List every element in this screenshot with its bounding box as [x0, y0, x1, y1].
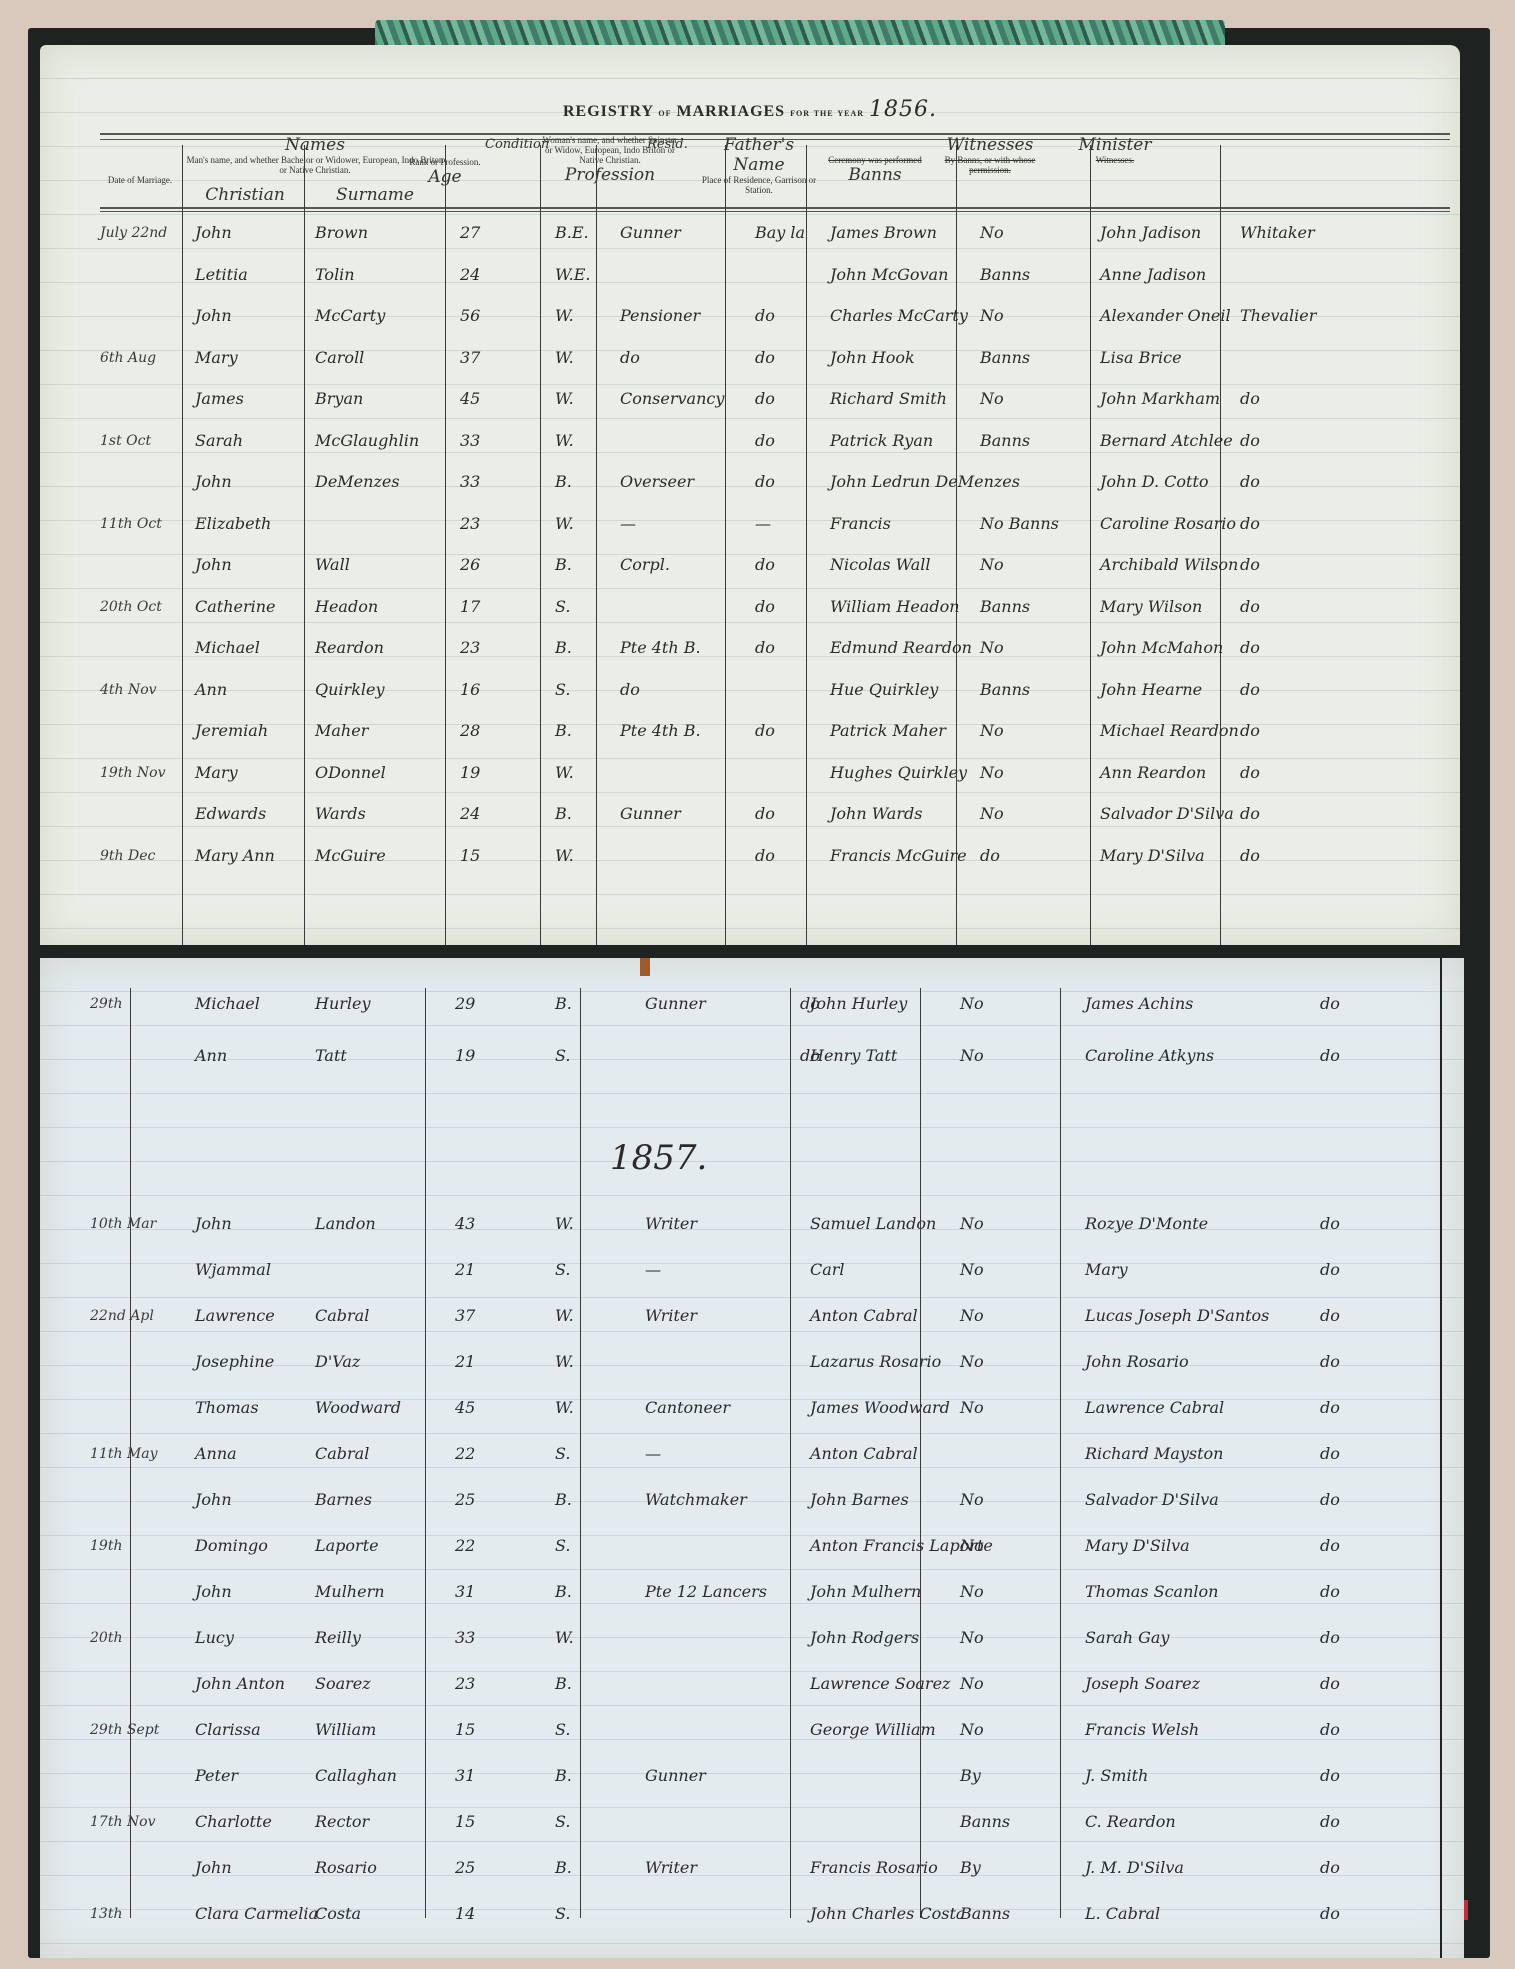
entry-witness: Thomas Scanlon	[1085, 1576, 1218, 1608]
entry-surname: Reardon	[315, 632, 384, 664]
entry-age: 33	[460, 425, 480, 457]
entry-witness: Mary Wilson	[1100, 591, 1202, 623]
entry-christian: John	[195, 1484, 232, 1516]
entry-banns: No	[960, 1530, 984, 1562]
entry-profession: —	[620, 508, 636, 540]
entry-minister: do	[1320, 1760, 1340, 1792]
entry-condition: W.E.	[555, 259, 591, 291]
entry-banns: No	[960, 1392, 984, 1424]
entry-minister: do	[1240, 591, 1260, 623]
entry-surname: McCarty	[315, 300, 385, 332]
entry-condition: S.	[555, 1806, 570, 1838]
entry-condition: B.	[555, 1852, 572, 1884]
entry-surname: Landon	[315, 1208, 376, 1240]
year-marker-1857: 1857.	[610, 1138, 707, 1178]
entry-residence: do	[755, 840, 775, 872]
entry-surname: William	[315, 1714, 376, 1746]
entry-minister: do	[1240, 508, 1260, 540]
entry-christian: Charlotte	[195, 1806, 272, 1838]
entry-date: 29th Sept	[90, 1714, 159, 1746]
entry-condition: W.	[555, 508, 574, 540]
entry-minister: Thevalier	[1240, 300, 1316, 332]
entry-profession: Cantoneer	[645, 1392, 730, 1424]
entry-christian: Ann	[195, 674, 227, 706]
entry-profession: —	[645, 1254, 661, 1286]
entry-christian: John	[195, 466, 232, 498]
col-minister: Minister Witnesses.	[1050, 135, 1180, 205]
entry-witness: Archibald Wilson	[1100, 549, 1238, 581]
entry-age: 16	[460, 674, 480, 706]
entry-condition: W.	[555, 1392, 574, 1424]
register-entry-row: JamesBryan45W.ConservancydoRichard Smith…	[100, 383, 1450, 415]
register-entry-row: 22nd AplLawrenceCabral37W.WriterAnton Ca…	[100, 1300, 1454, 1332]
entry-christian: Ann	[195, 1040, 227, 1072]
entry-minister: do	[1320, 1208, 1340, 1240]
entry-banns: do	[980, 840, 1000, 872]
entry-surname: D'Vaz	[315, 1346, 360, 1378]
entry-witness: Salvador D'Silva	[1085, 1484, 1219, 1516]
entry-profession: Corpl.	[620, 549, 670, 581]
entry-father: Patrick Maher	[830, 715, 946, 747]
entry-banns: No	[960, 1622, 984, 1654]
entry-witness: Lawrence Cabral	[1085, 1392, 1224, 1424]
entry-profession: Watchmaker	[645, 1484, 747, 1516]
entry-surname: McGlaughlin	[315, 425, 419, 457]
entry-condition: B.	[555, 549, 572, 581]
entry-father: John McGovan	[830, 259, 948, 291]
register-entry-row: EdwardsWards24B.GunnerdoJohn WardsNoSalv…	[100, 798, 1450, 830]
entry-age: 31	[455, 1760, 475, 1792]
entry-father: Hue Quirkley	[830, 674, 938, 706]
entry-condition: B.	[555, 466, 572, 498]
entry-condition: B.	[555, 1668, 572, 1700]
page-title: REGISTRY of MARRIAGES for the year 1856.	[40, 97, 1460, 122]
entry-witness: Michael Reardon	[1100, 715, 1239, 747]
entry-minister: do	[1320, 1668, 1340, 1700]
entry-father: John Hurley	[810, 988, 907, 1020]
entry-date: July 22nd	[100, 217, 167, 249]
register-entry-row: 13thClara CarmeliaCosta14S.John Charles …	[100, 1898, 1454, 1930]
entry-minister: do	[1320, 1346, 1340, 1378]
entry-age: 24	[460, 798, 480, 830]
entry-father: William Headon	[830, 591, 960, 623]
entry-surname: Wall	[315, 549, 350, 581]
entry-profession: Pte 12 Lancers	[645, 1576, 767, 1608]
entry-witness: L. Cabral	[1085, 1898, 1160, 1930]
entry-witness: Lucas Joseph D'Santos	[1085, 1300, 1269, 1332]
entry-witness: Salvador D'Silva	[1100, 798, 1234, 830]
entry-residence: do	[755, 591, 775, 623]
entry-witness: John Markham	[1100, 383, 1220, 415]
entry-witness: Francis Welsh	[1085, 1714, 1199, 1746]
register-entry-row: 20th OctCatherineHeadon17S.doWilliam Hea…	[100, 591, 1450, 623]
entry-witness: John D. Cotto	[1100, 466, 1209, 498]
entry-christian: James	[195, 383, 244, 415]
entry-minister: do	[1320, 1806, 1340, 1838]
column-header-row: Date of Marriage. Names Man's name, and …	[100, 135, 1450, 205]
entry-residence: do	[755, 632, 775, 664]
entry-christian: Mary Ann	[195, 840, 275, 872]
entry-christian: Letitia	[195, 259, 248, 291]
entry-age: 43	[455, 1208, 475, 1240]
entry-profession: Writer	[645, 1208, 697, 1240]
entry-surname: Hurley	[315, 988, 371, 1020]
entry-age: 19	[455, 1040, 475, 1072]
entry-profession: do	[620, 342, 640, 374]
entry-surname: Soarez	[315, 1668, 371, 1700]
entry-christian: Josephine	[195, 1346, 274, 1378]
entry-condition: W.	[555, 757, 574, 789]
entry-surname: Bryan	[315, 383, 363, 415]
entry-witness: John Rosario	[1085, 1346, 1189, 1378]
register-entry-row: JohnDeMenzes33B.OverseerdoJohn Ledrun De…	[100, 466, 1450, 498]
entry-condition: W.	[555, 1300, 574, 1332]
entry-christian: Mary	[195, 757, 238, 789]
register-entry-row: 29th SeptClarissaWilliam15S.George Willi…	[100, 1714, 1454, 1746]
entry-banns: No	[960, 1576, 984, 1608]
col-ceremony: Ceremony was performed Banns	[820, 155, 930, 225]
entry-age: 27	[460, 217, 480, 249]
register-entry-row: JohnMulhern31B.Pte 12 LancersJohn Mulher…	[100, 1576, 1454, 1608]
col-residence: Resid.	[640, 135, 695, 205]
entry-witness: Joseph Soarez	[1085, 1668, 1200, 1700]
entry-christian: Catherine	[195, 591, 276, 623]
entry-banns: Banns	[980, 342, 1030, 374]
entry-surname: Maher	[315, 715, 368, 747]
entry-banns: Banns	[960, 1806, 1010, 1838]
register-entry-row: 17th NovCharlotteRector15S.BannsC. Reard…	[100, 1806, 1454, 1838]
entry-condition: B.	[555, 1576, 572, 1608]
entry-condition: B.E.	[555, 217, 589, 249]
entry-profession: Gunner	[620, 798, 681, 830]
register-entry-row: 20thLucyReilly33W.John RodgersNoSarah Ga…	[100, 1622, 1454, 1654]
entry-date: 22nd Apl	[90, 1300, 154, 1332]
entry-condition: S.	[555, 1040, 570, 1072]
entry-banns: Banns	[980, 591, 1030, 623]
entry-father: Richard Smith	[830, 383, 947, 415]
entry-age: 17	[460, 591, 480, 623]
entry-age: 25	[455, 1484, 475, 1516]
entry-residence: Bay la	[755, 217, 805, 249]
register-entry-row: JeremiahMaher28B.Pte 4th B.doPatrick Mah…	[100, 715, 1450, 747]
entry-date: 9th Dec	[100, 840, 155, 872]
header-bottom-rule	[100, 207, 1450, 212]
entry-surname: Costa	[315, 1898, 361, 1930]
entry-profession: Pte 4th B.	[620, 632, 701, 664]
entry-condition: S.	[555, 1898, 570, 1930]
entry-witness: Lisa Brice	[1100, 342, 1182, 374]
entry-profession: Conservancy	[620, 383, 724, 415]
register-entry-row: JosephineD'Vaz21W.Lazarus RosarioNoJohn …	[100, 1346, 1454, 1378]
entry-banns: No	[980, 549, 1004, 581]
entry-minister: do	[1240, 757, 1260, 789]
entry-age: 22	[455, 1438, 475, 1470]
entry-surname: Rosario	[315, 1852, 377, 1884]
entry-condition: B.	[555, 1760, 572, 1792]
bottom-page: 1857. 29thMichaelHurley29B.GunnerdoJohn …	[40, 958, 1464, 1958]
register-entry-row: 11th MayAnnaCabral22S.—Anton CabralRicha…	[100, 1438, 1454, 1470]
entry-surname: ODonnel	[315, 757, 386, 789]
entry-witness: Mary D'Silva	[1100, 840, 1205, 872]
entry-age: 15	[455, 1806, 475, 1838]
entry-minister: do	[1320, 1576, 1340, 1608]
entry-banns: No Banns	[980, 508, 1059, 540]
entry-father: Lazarus Rosario	[810, 1346, 941, 1378]
entry-age: 22	[455, 1530, 475, 1562]
entry-father: Henry Tatt	[810, 1040, 897, 1072]
entry-condition: B.	[555, 798, 572, 830]
col-condition: Condition	[485, 135, 540, 205]
entry-condition: B.	[555, 715, 572, 747]
entry-residence: do	[755, 549, 775, 581]
entry-banns: By	[960, 1852, 981, 1884]
entry-age: 21	[455, 1254, 475, 1286]
entry-minister: do	[1320, 1622, 1340, 1654]
entry-father: Lawrence Soarez	[810, 1668, 950, 1700]
entry-surname: DeMenzes	[315, 466, 400, 498]
entry-date: 11th May	[90, 1438, 158, 1470]
entry-father: John Charles Costa	[810, 1898, 965, 1930]
paper-stain	[640, 958, 650, 976]
entry-profession: Writer	[645, 1300, 697, 1332]
register-entry-row: 19thDomingoLaporte22S.Anton Francis Lapo…	[100, 1530, 1454, 1562]
entry-banns: No	[980, 798, 1004, 830]
entry-witness: Mary D'Silva	[1085, 1530, 1190, 1562]
entry-father: Hughes Quirkley	[830, 757, 967, 789]
register-entry-row: July 22ndJohnBrown27B.E.GunnerBay laJame…	[100, 217, 1450, 249]
entry-surname: Rector	[315, 1806, 369, 1838]
entry-date: 13th	[90, 1898, 122, 1930]
entry-christian: John	[195, 217, 232, 249]
entry-witness: Caroline Atkyns	[1085, 1040, 1214, 1072]
register-entry-row: 11th OctElizabeth23W.——FrancisNo BannsCa…	[100, 508, 1450, 540]
title-of: of	[658, 107, 671, 119]
entry-surname: Brown	[315, 217, 368, 249]
entry-minister: do	[1240, 549, 1260, 581]
register-entry-row: JohnRosario25B.WriterFrancis RosarioByJ.…	[100, 1852, 1454, 1884]
entry-witness: James Achins	[1085, 988, 1193, 1020]
register-entry-row: Wjammal21S.—CarlNoMarydo	[100, 1254, 1454, 1286]
entry-date: 19th Nov	[100, 757, 166, 789]
register-entry-row: PeterCallaghan31B.GunnerByJ. Smithdo	[100, 1760, 1454, 1792]
entry-witness: John Hearne	[1100, 674, 1202, 706]
entry-date: 6th Aug	[100, 342, 156, 374]
entry-surname: Callaghan	[315, 1760, 397, 1792]
title-registry: REGISTRY	[563, 103, 653, 120]
entry-age: 33	[455, 1622, 475, 1654]
entry-condition: S.	[555, 1530, 570, 1562]
entry-christian: John	[195, 1208, 232, 1240]
entry-witness: John McMahon	[1100, 632, 1223, 664]
entry-surname: Cabral	[315, 1438, 369, 1470]
register-entry-row: 4th NovAnnQuirkley16S.doHue QuirkleyBann…	[100, 674, 1450, 706]
entry-minister: do	[1320, 1040, 1340, 1072]
entry-profession: Gunner	[620, 217, 681, 249]
entry-age: 23	[460, 508, 480, 540]
entry-condition: W.	[555, 425, 574, 457]
entry-minister: do	[1320, 1852, 1340, 1884]
register-entry-row: John AntonSoarez23B.Lawrence SoarezNoJos…	[100, 1668, 1454, 1700]
entry-banns: No	[980, 300, 1004, 332]
entry-age: 26	[460, 549, 480, 581]
entry-banns: No	[960, 1668, 984, 1700]
entry-profession: Overseer	[620, 466, 694, 498]
entry-age: 31	[455, 1576, 475, 1608]
register-entry-row: JohnMcCarty56W.PensionerdoCharles McCart…	[100, 300, 1450, 332]
entry-residence: —	[755, 508, 771, 540]
entry-witness: John Jadison	[1100, 217, 1201, 249]
entry-surname: Reilly	[315, 1622, 361, 1654]
entry-minister: do	[1320, 1714, 1340, 1746]
register-entry-row: 19th NovMaryODonnel19W.Hughes QuirkleyNo…	[100, 757, 1450, 789]
entry-christian: John	[195, 549, 232, 581]
entry-residence: do	[755, 466, 775, 498]
register-entry-row: JohnWall26B.Corpl.doNicolas WallNoArchib…	[100, 549, 1450, 581]
entry-banns: No	[980, 757, 1004, 789]
entry-christian: John Anton	[195, 1668, 285, 1700]
entry-age: 23	[455, 1668, 475, 1700]
entry-father: George William	[810, 1714, 936, 1746]
register-entry-row: ThomasWoodward45W.CantoneerJames Woodwar…	[100, 1392, 1454, 1424]
entry-father: Samuel Landon	[810, 1208, 936, 1240]
entry-profession: Gunner	[645, 1760, 706, 1792]
entry-banns: No	[960, 1254, 984, 1286]
entry-residence: do	[755, 300, 775, 332]
entry-date: 20th Oct	[100, 591, 162, 623]
entry-age: 23	[460, 632, 480, 664]
entry-father: Charles McCarty	[830, 300, 968, 332]
register-entry-row: 1st OctSarahMcGlaughlin33W.doPatrick Rya…	[100, 425, 1450, 457]
entry-condition: W.	[555, 300, 574, 332]
entry-surname: Caroll	[315, 342, 364, 374]
entry-minister: do	[1240, 798, 1260, 830]
entry-residence: do	[755, 383, 775, 415]
entry-condition: S.	[555, 1714, 570, 1746]
title-marriages: MARRIAGES	[677, 103, 786, 120]
entry-condition: B.	[555, 988, 572, 1020]
entry-date: 10th Mar	[90, 1208, 156, 1240]
entry-christian: Peter	[195, 1760, 238, 1792]
register-entry-row: 9th DecMary AnnMcGuire15W.doFrancis McGu…	[100, 840, 1450, 872]
entry-date: 19th	[90, 1530, 122, 1562]
title-for-year: for the year	[790, 107, 864, 119]
entry-banns: Banns	[960, 1898, 1010, 1930]
entry-christian: Thomas	[195, 1392, 259, 1424]
entry-age: 15	[460, 840, 480, 872]
entry-condition: W.	[555, 1346, 574, 1378]
entry-banns: Banns	[980, 674, 1030, 706]
entry-father: Edmund Reardon	[830, 632, 972, 664]
entry-condition: W.	[555, 1622, 574, 1654]
col-witnesses: Witnesses By Banns, or with whose permis…	[935, 135, 1045, 205]
entry-minister: Whitaker	[1240, 217, 1315, 249]
entry-witness: J. Smith	[1085, 1760, 1148, 1792]
entry-father: James Woodward	[810, 1392, 950, 1424]
entry-banns: No	[980, 715, 1004, 747]
entry-age: 15	[455, 1714, 475, 1746]
entry-christian: Lawrence	[195, 1300, 275, 1332]
entry-condition: W.	[555, 840, 574, 872]
entry-father: Francis	[830, 508, 891, 540]
entry-date: 29th	[90, 988, 122, 1020]
entry-residence: do	[755, 425, 775, 457]
entry-christian: Mary	[195, 342, 238, 374]
top-page: REGISTRY of MARRIAGES for the year 1856.…	[40, 45, 1460, 945]
entry-date: 4th Nov	[100, 674, 157, 706]
register-entry-row: AnnTatt19S.doHenry TattNoCaroline Atkyns…	[100, 1040, 1454, 1072]
entry-banns: No	[960, 1040, 984, 1072]
title-year: 1856.	[869, 97, 937, 122]
entry-age: 14	[455, 1898, 475, 1930]
entry-banns: Banns	[980, 259, 1030, 291]
entry-age: 28	[460, 715, 480, 747]
entry-date: 20th	[90, 1622, 122, 1654]
entry-father: Patrick Ryan	[830, 425, 933, 457]
entry-age: 24	[460, 259, 480, 291]
entry-banns: Banns	[980, 425, 1030, 457]
entry-age: 37	[460, 342, 480, 374]
entry-father: James Brown	[830, 217, 937, 249]
entry-minister: do	[1240, 383, 1260, 415]
entry-surname: Cabral	[315, 1300, 369, 1332]
entry-age: 45	[460, 383, 480, 415]
entry-date: 17th Nov	[90, 1806, 156, 1838]
register-entry-row: LetitiaTolin24W.E.John McGovanBannsAnne …	[100, 259, 1450, 291]
entry-witness: Anne Jadison	[1100, 259, 1206, 291]
entry-christian: Clara Carmelia	[195, 1898, 318, 1930]
entry-surname: Mulhern	[315, 1576, 385, 1608]
entry-surname: McGuire	[315, 840, 386, 872]
entry-father: John Wards	[830, 798, 922, 830]
entry-father: Carl	[810, 1254, 845, 1286]
entry-surname: Headon	[315, 591, 378, 623]
entry-profession: —	[645, 1438, 661, 1470]
entry-banns: No	[960, 1346, 984, 1378]
entry-minister: do	[1240, 674, 1260, 706]
entry-condition: W.	[555, 1208, 574, 1240]
entry-minister: do	[1320, 1484, 1340, 1516]
entry-age: 21	[455, 1346, 475, 1378]
entry-minister: do	[1240, 425, 1260, 457]
entry-date: 11th Oct	[100, 508, 162, 540]
entry-surname: Tolin	[315, 259, 355, 291]
entry-christian: Anna	[195, 1438, 237, 1470]
entry-condition: B.	[555, 632, 572, 664]
entry-witness: Alexander Oneil	[1100, 300, 1231, 332]
entry-condition: S.	[555, 591, 570, 623]
entry-profession: Pte 4th B.	[620, 715, 701, 747]
register-entry-row: 6th AugMaryCaroll37W.dodoJohn HookBannsL…	[100, 342, 1450, 374]
entry-christian: Wjammal	[195, 1254, 271, 1286]
entry-minister: do	[1240, 632, 1260, 664]
entry-christian: Edwards	[195, 798, 266, 830]
entry-surname: Laporte	[315, 1530, 379, 1562]
entry-father: Anton Cabral	[810, 1300, 918, 1332]
register-entry-row: 29thMichaelHurley29B.GunnerdoJohn Hurley…	[100, 988, 1454, 1020]
entry-profession: Pensioner	[620, 300, 700, 332]
entry-banns: No	[960, 1484, 984, 1516]
entry-christian: Sarah	[195, 425, 243, 457]
entry-surname: Quirkley	[315, 674, 385, 706]
entry-minister: do	[1320, 1254, 1340, 1286]
entry-condition: S.	[555, 674, 570, 706]
entry-condition: W.	[555, 383, 574, 415]
entry-christian: John	[195, 1576, 232, 1608]
entry-minister: do	[1320, 1438, 1340, 1470]
entry-age: 37	[455, 1300, 475, 1332]
entry-condition: S.	[555, 1438, 570, 1470]
entry-christian: John	[195, 1852, 232, 1884]
